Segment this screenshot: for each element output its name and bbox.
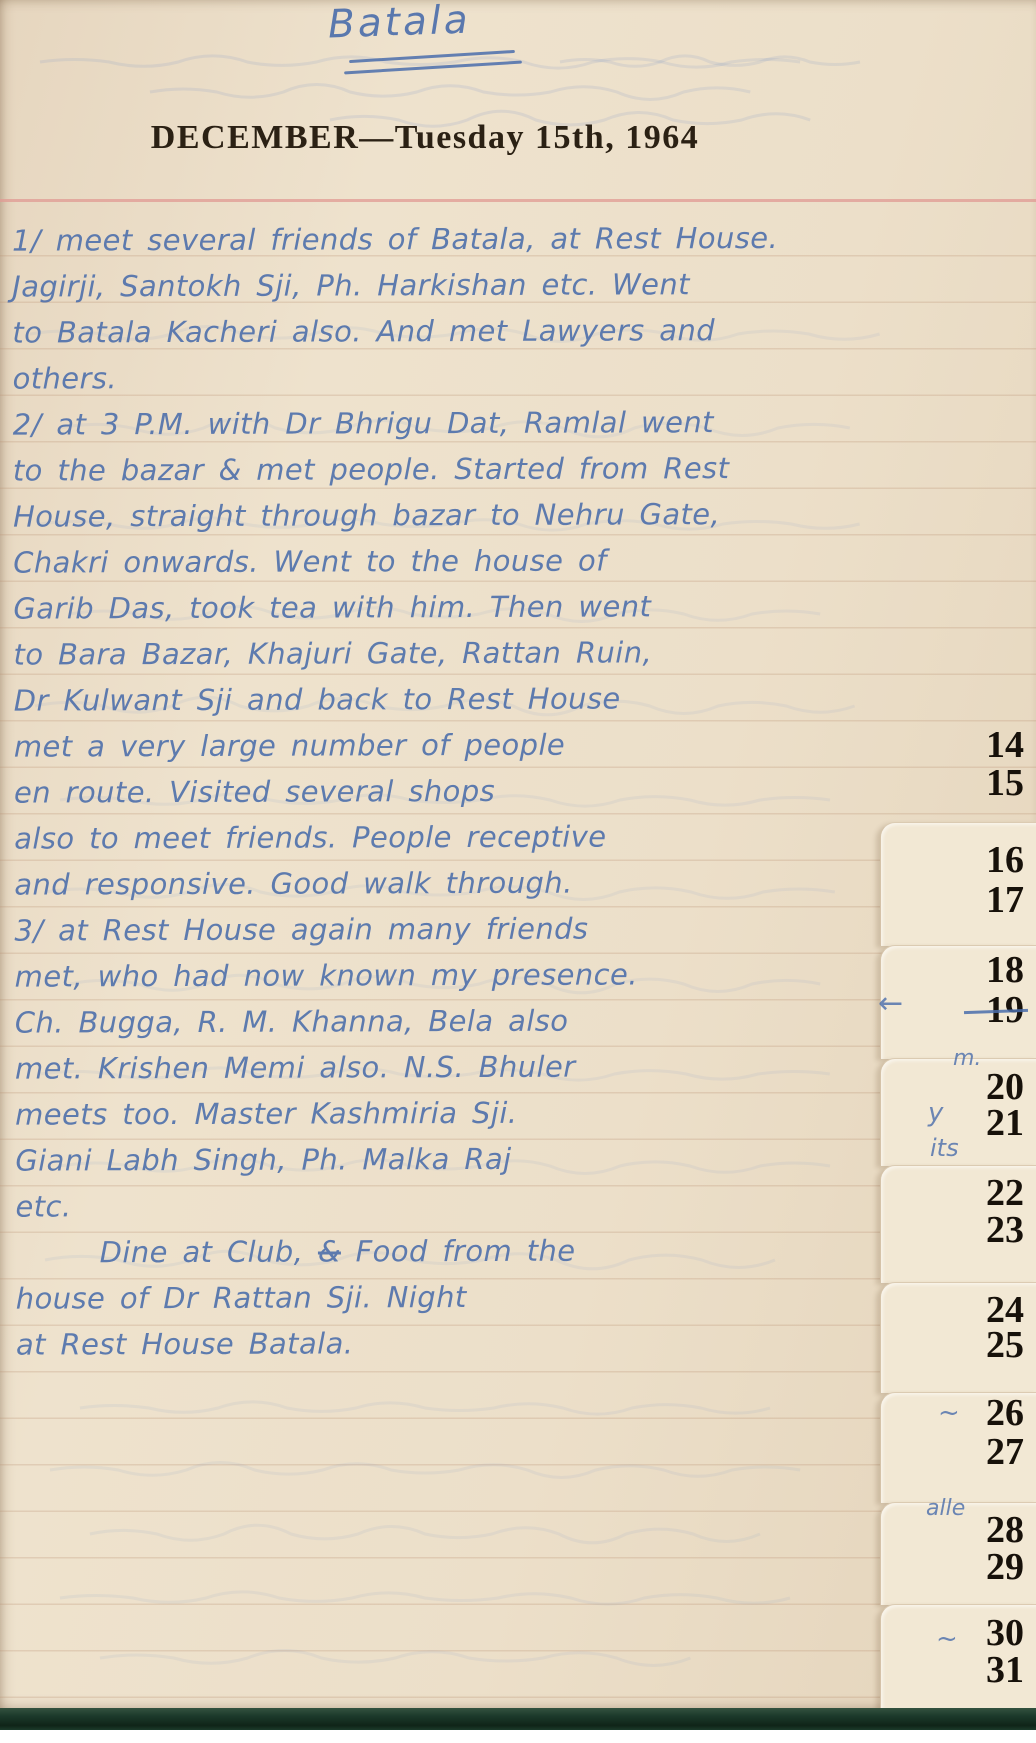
handwriting-segment: to the bazar & met people. Started from … [13,451,730,488]
ink-overflow-mark: ~ [936,1624,958,1654]
tab-date-number: 16 [986,838,1024,882]
tab-date-number: 17 [986,878,1024,922]
handwriting-segment: Chakri onwards. Went to the house of [13,544,607,580]
handwriting-segment: Ch. Bugga, R. M. Khanna, Bela also [15,1004,569,1040]
tab-date-number: 23 [986,1208,1024,1252]
handwriting-segment: also to meet friends. People receptive [14,820,606,856]
handwritten-entry: 1/ meet several friends of Batala, at Re… [12,214,926,1367]
handwriting-segment: others. [12,361,117,395]
printed-date-header: DECEMBER—Tuesday 15th, 1964 [0,119,850,157]
handwriting-segment: met, who had now known my presence. [15,957,638,993]
handwritten-line: Garib Das, took tea with him. Then went [13,582,923,631]
handwritten-line: at Rest House Batala. [16,1318,926,1367]
handwriting-segment: at Rest House Batala. [16,1326,354,1361]
handwriting-segment: 3/ at Rest House again many friends [14,912,588,948]
handwriting-segment: Garib Das, took tea with him. Then went [13,589,651,625]
handwritten-line: House, straight through bazar to Nehru G… [13,490,923,539]
tab-date-number: 26 [986,1391,1024,1435]
handwriting-segment: met. Krishen Memi also. N.S. Bhuler [15,1050,576,1086]
handwritten-line: Ch. Bugga, R. M. Khanna, Bela also [15,996,925,1045]
handwriting-segment: meets too. Master Kashmiria Sji. [15,1096,517,1132]
tab-date-number: 21 [986,1101,1024,1145]
handwriting-segment: to Batala Kacheri also. And met Lawyers … [12,313,715,349]
handwritten-line: Dr Kulwant Sji and back to Rest House [14,674,924,723]
ink-overflow-mark: its [930,1134,959,1162]
handwriting-segment: House, straight through bazar to Nehru G… [13,497,720,533]
handwriting-segment: etc. [15,1189,71,1223]
handwritten-line: house of Dr Rattan Sji. Night [16,1272,926,1321]
ink-overflow-mark: y [928,1098,943,1128]
handwriting-segment: met a very large number of people [14,728,565,764]
tab-date-number: 27 [986,1430,1024,1474]
ink-overflow-mark: m. [953,1046,981,1071]
handwritten-line: to the bazar & met people. Started from … [13,444,923,493]
struck-word: & [318,1234,341,1268]
handwritten-line: Giani Labh Singh, Ph. Malka Raj [15,1134,925,1183]
handwritten-line: meets too. Master Kashmiria Sji. [15,1088,925,1137]
ink-overflow-mark: alle [926,1496,965,1521]
tab-date-number: 31 [986,1648,1024,1692]
handwritten-line: met. Krishen Memi also. N.S. Bhuler [15,1042,925,1091]
handwritten-line: Chakri onwards. Went to the house of [13,536,923,585]
handwritten-line: 1/ meet several friends of Batala, at Re… [12,214,922,263]
handwritten-line: met a very large number of people [14,720,924,769]
handwritten-line: others. [12,352,922,401]
handwritten-line: to Batala Kacheri also. And met Lawyers … [12,306,922,355]
handwritten-line: 3/ at Rest House again many friends [14,904,924,953]
handwritten-line: and responsive. Good walk through. [14,858,924,907]
handwriting-segment: to Bara Bazar, Khajuri Gate, Rattan Ruin… [13,635,652,671]
handwriting-segment: Jagirji, Santokh Sji, Ph. Harkishan etc.… [12,267,690,303]
ink-overflow-mark: ~ [938,1398,960,1428]
book-cover-edge [0,1708,1036,1730]
scan-background [0,1730,1036,1743]
handwritten-location-title: Batala [327,0,471,47]
handwritten-line: Dine at Club, & Food from the [16,1226,926,1275]
handwriting-segment: house of Dr Rattan Sji. Night [16,1280,467,1316]
handwriting-segment: Dr Kulwant Sji and back to Rest House [14,681,621,717]
handwriting-segment: 1/ meet several friends of Batala, at Re… [12,221,778,258]
ink-arrow-mark: ← [878,986,903,1021]
handwritten-line: to Bara Bazar, Khajuri Gate, Rattan Ruin… [13,628,923,677]
handwritten-line: Jagirji, Santokh Sji, Ph. Harkishan etc.… [12,260,922,309]
handwriting-segment: en route. Visited several shops [14,774,495,810]
handwritten-line: met, who had now known my presence. [15,950,925,999]
handwriting-segment: Dine at Club, [100,1235,318,1270]
handwriting-segment: Giani Labh Singh, Ph. Malka Raj [15,1142,511,1178]
tab-date-number: 18 [986,948,1024,992]
handwritten-line: en route. Visited several shops [14,766,924,815]
handwriting-segment: 2/ at 3 P.M. with Dr Bhrigu Dat, Ramlal … [13,405,714,441]
tab-date-number: 19 [986,988,1024,1032]
handwritten-line: etc. [15,1180,925,1229]
handwritten-line: also to meet friends. People receptive [14,812,924,861]
handwriting-segment: and responsive. Good walk through. [14,866,572,902]
tab-date-number: 15 [986,761,1024,805]
handwritten-line: 2/ at 3 P.M. with Dr Bhrigu Dat, Ramlal … [13,398,923,447]
tab-date-number: 29 [986,1545,1024,1589]
diary-page-scan: Batala DECEMBER—Tuesday 15th, 1964 1/ me… [0,0,1036,1743]
handwriting-segment: Food from the [341,1234,576,1269]
tab-date-number: 25 [986,1323,1024,1367]
header-rule-line [0,199,1036,202]
